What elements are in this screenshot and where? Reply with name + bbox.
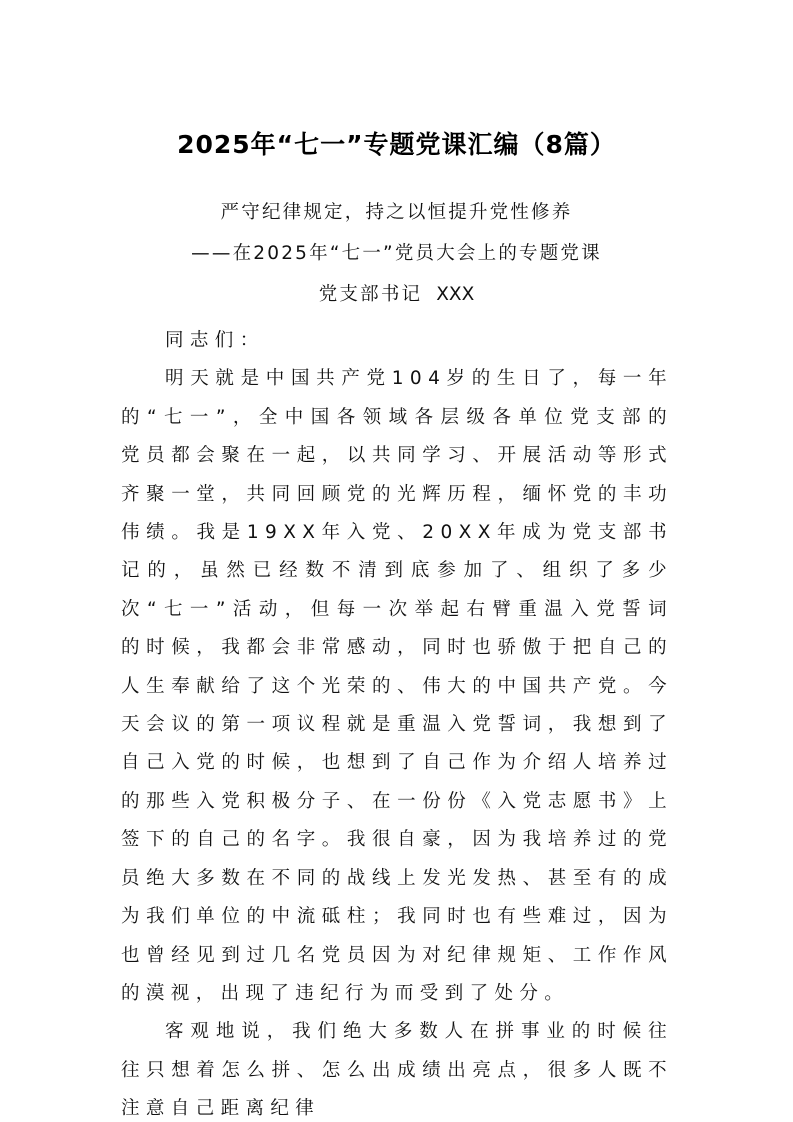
- salutation: 同志们：: [121, 322, 673, 360]
- author-line: 党支部书记XXX: [0, 282, 793, 308]
- author-name: XXX: [436, 284, 474, 305]
- body-text: 同志们： 明天就是中国共产党104岁的生日了，每一年的“七一”，全中国各领域各层…: [121, 322, 673, 1122]
- lecture-title: 严守纪律规定，持之以恒提升党性修养: [0, 200, 793, 226]
- document-title: 2025年“七一”专题党课汇编（8篇）: [0, 127, 793, 163]
- paragraph-2: 客观地说，我们绝大多数人在拼事业的时候往往只想着怎么拼、怎么出成绩出亮点，很多人…: [121, 1013, 673, 1122]
- paragraph-1: 明天就是中国共产党104岁的生日了，每一年的“七一”，全中国各领域各层级各单位党…: [121, 360, 673, 1013]
- document-page: 2025年“七一”专题党课汇编（8篇） 严守纪律规定，持之以恒提升党性修养 ——…: [0, 0, 793, 1122]
- author-role: 党支部书记: [319, 284, 423, 305]
- lecture-subtitle: ——在2025年“七一”党员大会上的专题党课: [0, 241, 793, 267]
